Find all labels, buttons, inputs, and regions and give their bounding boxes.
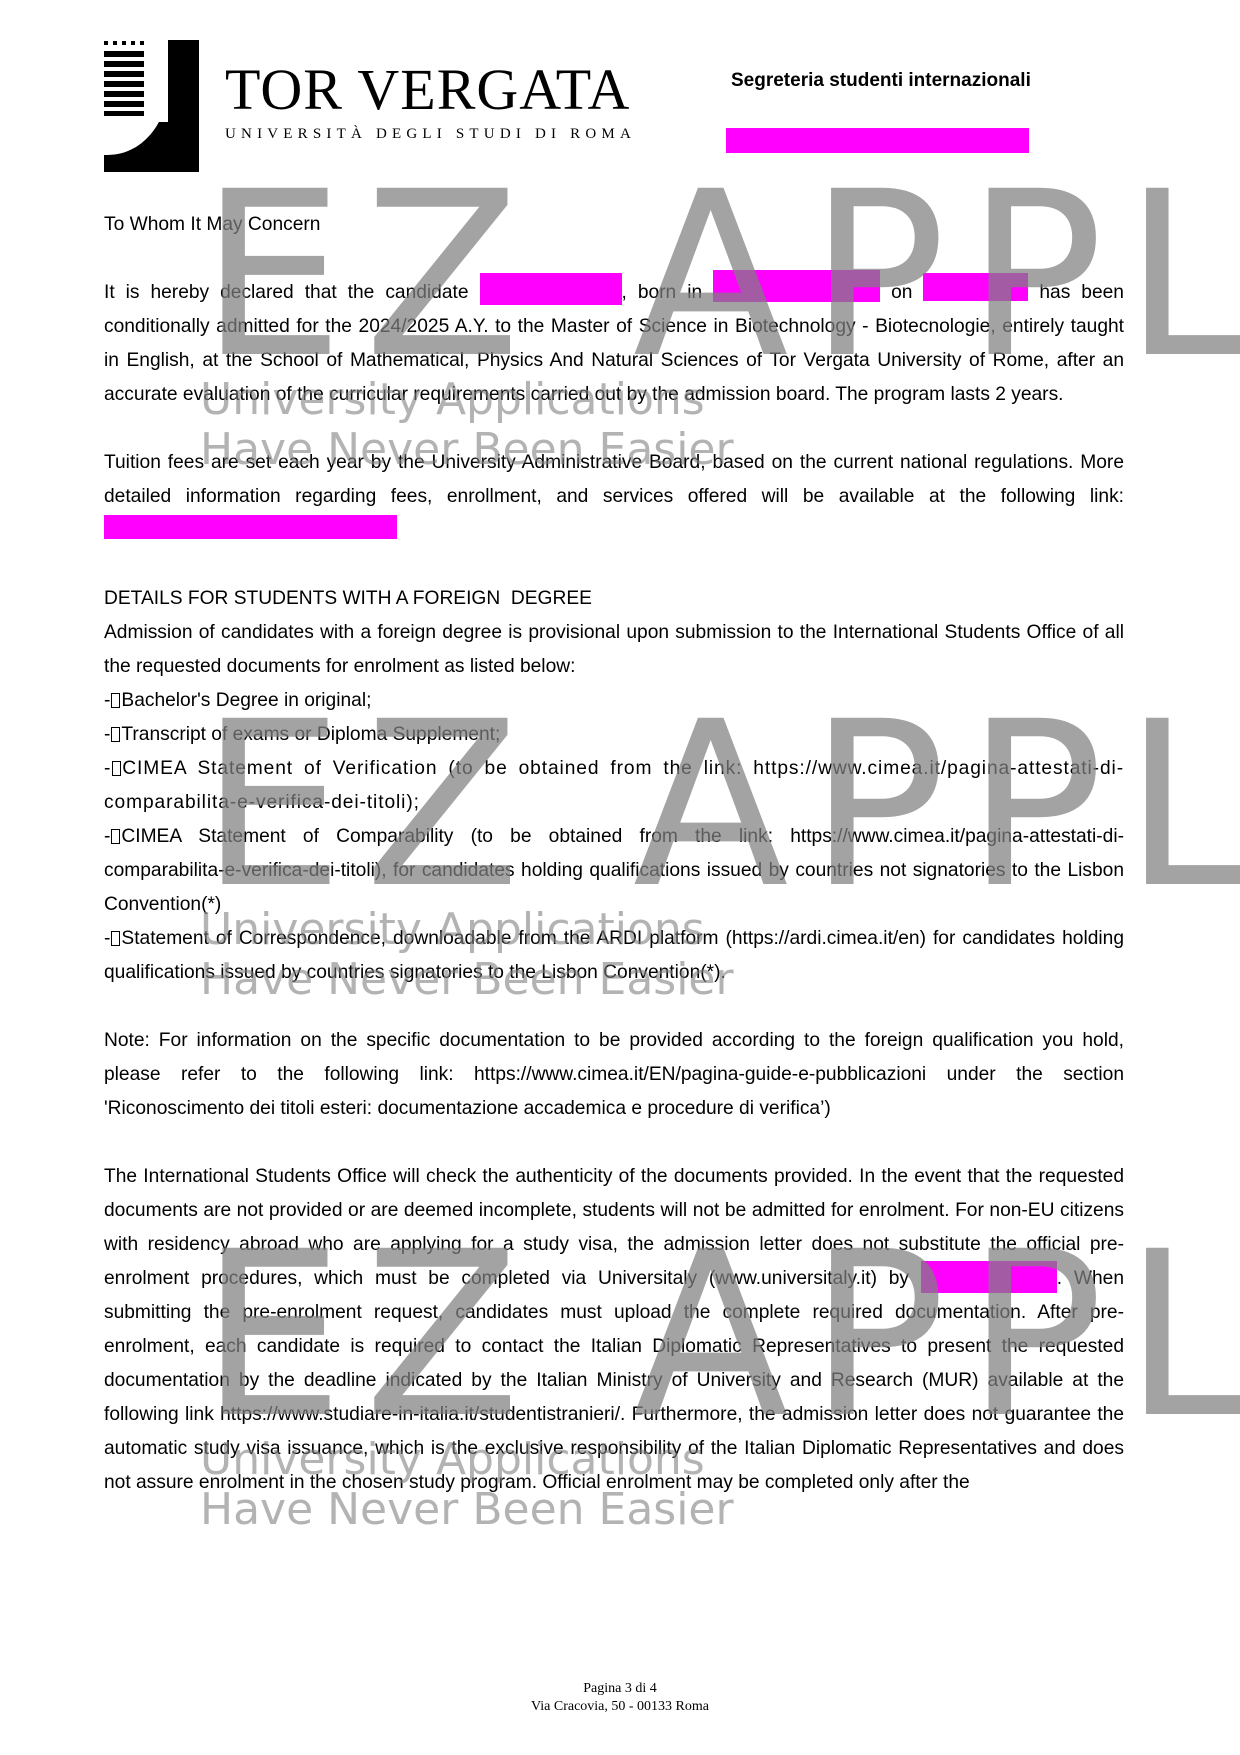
- note-paragraph: Note: For information on the specific do…: [104, 1024, 1124, 1126]
- redacted-office-address: [726, 128, 1029, 153]
- tuition-paragraph: Tuition fees are set each year by the Un…: [104, 446, 1124, 548]
- missing-glyph-icon: [111, 829, 120, 844]
- footer-address: Via Cracovia, 50 - 00133 Roma: [0, 1698, 1240, 1716]
- list-item: -Bachelor's Degree in original;: [104, 684, 1124, 718]
- declaration-paragraph: It is hereby declared that the candidate…: [104, 276, 1124, 412]
- list-item: -Transcript of exams or Diploma Suppleme…: [104, 718, 1124, 752]
- redacted-birthplace: [713, 270, 880, 302]
- letter-body: To Whom It May Concern It is hereby decl…: [104, 208, 1124, 1500]
- page-number: Pagina 3 di 4: [0, 1680, 1240, 1698]
- list-item: -CIMEA Statement of Comparability (to be…: [104, 820, 1124, 922]
- logo-dots: [104, 41, 144, 45]
- page-footer: Pagina 3 di 4 Via Cracovia, 50 - 00133 R…: [0, 1680, 1240, 1716]
- required-documents-list: -Bachelor's Degree in original; -Transcr…: [104, 684, 1124, 990]
- redacted-fees-link: [104, 515, 397, 539]
- university-subtitle: UNIVERSITÀ DEGLI STUDI DI ROMA: [225, 126, 636, 143]
- salutation: To Whom It May Concern: [104, 208, 1124, 242]
- redacted-birthdate: [923, 273, 1028, 301]
- logo-bars: [104, 51, 144, 116]
- university-logo-mark: [104, 40, 199, 172]
- foreign-degree-intro: Admission of candidates with a foreign d…: [104, 616, 1124, 684]
- university-wordmark: TOR VERGATA UNIVERSITÀ DEGLI STUDI DI RO…: [225, 60, 636, 143]
- foreign-degree-heading: DETAILS FOR STUDENTS WITH A FOREIGN DEGR…: [104, 582, 1124, 616]
- list-item: -Statement of Correspondence, downloadab…: [104, 922, 1124, 990]
- university-name: TOR VERGATA: [225, 60, 636, 120]
- missing-glyph-icon: [111, 931, 120, 946]
- office-check-paragraph: The International Students Office will c…: [104, 1160, 1124, 1500]
- missing-glyph-icon: [111, 693, 120, 708]
- office-name: Segreteria studenti internazionali: [731, 70, 1031, 92]
- list-item: -CIMEA Statement of Verification (to be …: [104, 752, 1124, 820]
- redacted-candidate-name: [480, 273, 622, 305]
- redacted-deadline: [921, 1261, 1057, 1293]
- missing-glyph-icon: [111, 727, 120, 742]
- missing-glyph-icon: [112, 761, 121, 776]
